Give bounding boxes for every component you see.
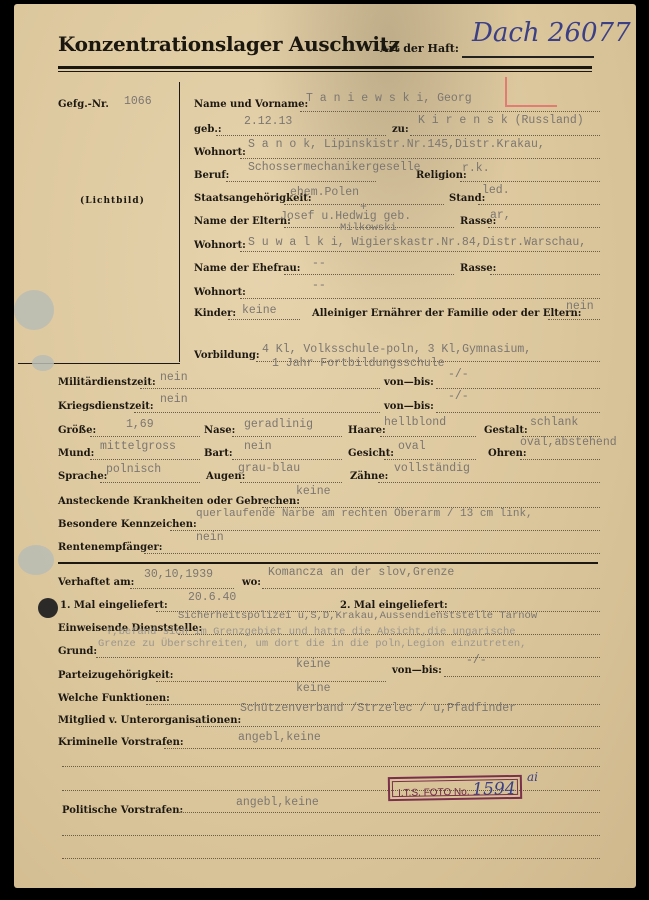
kinder-value: keine: [242, 304, 277, 317]
grund-label: Grund:: [58, 646, 97, 657]
groesse-value: 1,69: [126, 418, 154, 431]
militaer-value: nein: [160, 371, 188, 384]
verhaftet-label: Verhaftet am:: [58, 577, 134, 588]
ehefrau-value: --: [312, 257, 326, 270]
dotted-line: [436, 388, 600, 389]
gefg-label: Gefg.-Nr.: [58, 99, 109, 110]
politisch-label: Politische Vorstrafen:: [62, 805, 183, 816]
dotted-line: [130, 588, 234, 589]
kriminell-value: angebl,keine: [238, 731, 321, 744]
stamp-suffix: ai: [527, 770, 538, 784]
dotted-line: [100, 482, 200, 483]
religion-label: Religion:: [416, 170, 467, 181]
name-value: T a n i e w s k i, Georg: [306, 92, 472, 105]
militaer-vonbis-value: -/-: [448, 368, 469, 381]
wohnort-value: S a n o k, Lipinskistr.Nr.145,Distr.Krak…: [248, 138, 545, 151]
header-rule-thin: [58, 71, 592, 72]
partei-vonbis-label: von—bis:: [392, 665, 442, 676]
name-label: Name und Vorname:: [194, 99, 308, 110]
grund-value-line2: Grenze zu Überschreiten, um dort die in …: [98, 638, 526, 650]
dotted-line: [240, 251, 600, 252]
nase-label: Nase:: [204, 425, 235, 436]
mal1-value: 20.6.40: [188, 591, 236, 604]
dotted-line: [240, 298, 600, 299]
politisch-value: angebl,keine: [236, 796, 319, 809]
militaer-vonbis-label: von—bis:: [384, 377, 434, 388]
partei-value: keine: [296, 658, 331, 671]
geb-value: 2.12.13: [244, 115, 292, 128]
bart-value: nein: [244, 440, 272, 453]
dotted-line: [436, 412, 600, 413]
haft-value-handwritten: Dach 26077: [472, 18, 631, 48]
gesicht-label: Gesicht:: [348, 448, 394, 459]
dotted-line: [384, 459, 476, 460]
dotted-line: [62, 766, 600, 767]
stand-value: led.: [482, 184, 510, 197]
dotted-line: [156, 681, 386, 682]
dotted-line: [284, 274, 454, 275]
mal1-label: 1. Mal eingeliefert:: [60, 600, 168, 611]
krieg-vonbis-label: von—bis:: [384, 401, 434, 412]
gefg-value: 1066: [124, 95, 152, 108]
dotted-line: [380, 436, 476, 437]
dotted-line: [90, 436, 200, 437]
dotted-line: [300, 111, 600, 112]
dotted-line: [226, 181, 376, 182]
zu-value: K i r e n s k (Russland): [418, 114, 584, 127]
dotted-line: [232, 436, 342, 437]
dotted-line: [178, 812, 600, 813]
dotted-line: [520, 459, 600, 460]
dotted-line: [62, 858, 600, 859]
document-title: Konzentrationslager Auschwitz: [58, 32, 400, 56]
krieg-label: Kriegsdienstzeit:: [58, 401, 154, 412]
beruf-label: Beruf:: [194, 170, 229, 181]
sprache-label: Sprache:: [58, 471, 107, 482]
nase-value: geradlinig: [244, 418, 313, 431]
eltern-value-line2: Milkowski: [340, 222, 397, 234]
geb-label: geb.:: [194, 124, 222, 135]
ehefrau-wohnort-value: --: [312, 279, 326, 292]
dotted-line: [444, 676, 600, 677]
dotted-line: [478, 204, 600, 205]
vorbildung-label: Vorbildung:: [194, 350, 260, 361]
militaer-label: Militärdienstzeit:: [58, 377, 156, 388]
photo-placeholder: (Lichtbild): [80, 196, 145, 206]
dotted-line: [460, 181, 600, 182]
paper-stain: [32, 355, 54, 371]
krieg-vonbis-value: -/-: [448, 390, 469, 403]
dotted-line: [196, 726, 600, 727]
mitglied-value: Schützenverband /Strzelec / u,Pfadfinder: [240, 702, 516, 715]
zu-label: zu:: [392, 124, 409, 135]
kinder-label: Kinder:: [194, 308, 236, 319]
header-rule-thick: [58, 66, 592, 69]
gesicht-value: oval: [398, 440, 426, 453]
eltern-label: Name der Eltern:: [194, 216, 291, 227]
rente-value: nein: [196, 531, 224, 544]
vorbildung-value-line2: 1 Jahr Fortbildungsschule: [272, 357, 445, 370]
wo-value: Komancza an der slov,Grenze: [268, 566, 454, 579]
mund-value: mittelgross: [100, 440, 176, 453]
dotted-line: [216, 135, 386, 136]
dotted-line: [240, 158, 600, 159]
punch-hole: [38, 598, 58, 618]
dotted-line: [140, 388, 380, 389]
mitglied-label: Mitglied v. Unterorganisationen:: [58, 715, 241, 726]
dotted-line: [232, 459, 342, 460]
funktionen-label: Welche Funktionen:: [58, 693, 170, 704]
dotted-line: [410, 135, 600, 136]
mund-label: Mund:: [58, 448, 94, 459]
kriminell-label: Kriminelle Vorstrafen:: [58, 737, 184, 748]
dotted-line: [134, 412, 380, 413]
paper-stain: [18, 545, 54, 575]
ohren-label: Ohren:: [488, 448, 527, 459]
wohnort-label: Wohnort:: [194, 147, 246, 158]
kennzeichen-label: Besondere Kennzeichen:: [58, 519, 197, 530]
dotted-line: [170, 530, 600, 531]
dotted-line: [548, 319, 600, 320]
dotted-line: [96, 657, 600, 658]
red-pencil-mark: [505, 77, 557, 107]
ernaehrer-label: Alleiniger Ernährer der Familie oder der…: [312, 308, 581, 319]
dotted-line: [490, 274, 600, 275]
haare-label: Haare:: [348, 425, 386, 436]
ehefrau-wohnort-label: Wohnort:: [194, 287, 246, 298]
dotted-line: [62, 835, 600, 836]
vorbildung-value: 4 Kl, Volksschule-poln, 3 Kl,Gymnasium,: [262, 343, 531, 356]
rasse2-label: Rasse:: [460, 263, 496, 274]
dienststelle-value: Sicherheitspolizei u,S,D,Krakau,Aussendi…: [178, 610, 537, 622]
grund-value-line1: T,befand sich im Grenzgebiet und hatte d…: [106, 626, 516, 638]
dotted-line: [228, 319, 300, 320]
dotted-line: [488, 227, 600, 228]
gestalt-label: Gestalt:: [484, 425, 528, 436]
dotted-line: [240, 482, 342, 483]
dotted-line: [262, 588, 600, 589]
eltern-wohnort-label: Wohnort:: [194, 240, 246, 251]
rasse-value: ar,: [490, 209, 511, 222]
verhaftet-value: 30,10,1939: [144, 568, 213, 581]
staat-value: ehem.Polen: [290, 186, 359, 199]
bart-label: Bart:: [204, 448, 233, 459]
eltern-wohnort-value: S u w a l k i, Wigierskastr.Nr.84,Distr.…: [248, 236, 586, 249]
haft-label: Art der Haft:: [380, 42, 459, 55]
haft-underline: [462, 56, 594, 58]
kennzeichen-value: querlaufende Narbe am rechten Oberarm / …: [196, 508, 533, 520]
groesse-label: Größe:: [58, 425, 96, 436]
stamp-number: 1594: [472, 779, 516, 800]
ehefrau-label: Name der Ehefrau:: [194, 263, 300, 274]
photo-box-border-right: [179, 82, 180, 362]
its-foto-stamp: I.T.S. FOTO No. 1594: [388, 775, 522, 801]
krankheiten-label: Ansteckende Krankheiten oder Gebrechen:: [58, 496, 300, 507]
dotted-line: [164, 748, 600, 749]
funktionen-value: keine: [296, 682, 331, 695]
haare-value: hellblond: [384, 416, 446, 429]
partei-label: Parteizugehörigkeit:: [58, 670, 173, 681]
krieg-value: nein: [160, 393, 188, 406]
dotted-line: [378, 482, 600, 483]
beruf-value: Schossermechanikergeselle: [248, 161, 421, 174]
dotted-line: [90, 459, 200, 460]
krankheiten-value: keine: [296, 485, 331, 498]
wo-label: wo:: [242, 577, 261, 588]
section-divider: [58, 562, 598, 564]
zaehne-label: Zähne:: [350, 471, 388, 482]
augen-value: grau-blau: [238, 462, 300, 475]
stamp-text: I.T.S. FOTO No.: [398, 787, 470, 799]
stand-label: Stand:: [449, 193, 485, 204]
ohren-value: oval,abstehend: [520, 436, 617, 449]
sprache-value: polnisch: [106, 463, 161, 476]
ernaehrer-value: nein: [566, 300, 594, 313]
partei-vonbis-value: -/-: [466, 654, 487, 667]
dotted-line: [144, 553, 600, 554]
gestalt-value: schlank: [530, 416, 578, 429]
zaehne-value: vollständig: [394, 462, 470, 475]
rente-label: Rentenempfänger:: [58, 542, 163, 553]
religion-value: r.k.: [462, 162, 490, 175]
paper-stain: [14, 290, 54, 330]
